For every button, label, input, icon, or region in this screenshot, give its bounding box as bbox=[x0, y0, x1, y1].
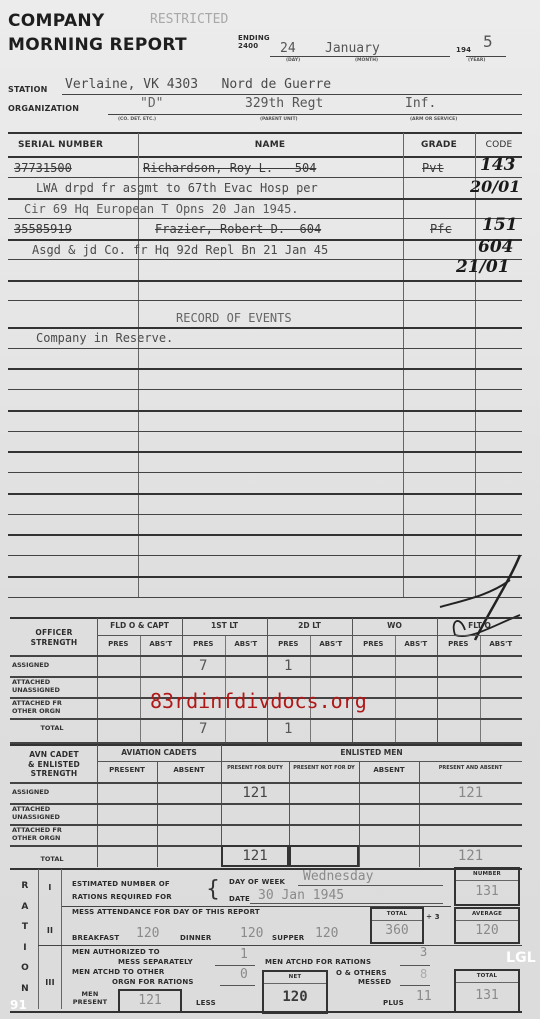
men-present-label-2: PRESENT bbox=[64, 998, 116, 1006]
officer-row-label: ATTACHED FROTHER ORGN bbox=[12, 699, 92, 715]
ration-total-box: TOTAL 131 bbox=[454, 969, 520, 1013]
roster-rule bbox=[8, 451, 522, 453]
date-underline bbox=[270, 56, 450, 57]
enlisted-row-label: ASSIGNED bbox=[12, 788, 92, 796]
station-underline bbox=[62, 94, 522, 95]
col-code: CODE bbox=[476, 140, 522, 150]
officer-subcol-divider bbox=[140, 635, 141, 744]
breakfast-label: BREAKFAST bbox=[72, 934, 119, 942]
org-parent-unit: 329th Regt bbox=[245, 96, 323, 111]
officer-rule bbox=[97, 635, 522, 636]
enlisted-col-divider bbox=[157, 761, 158, 867]
year-caption: (YEAR) bbox=[468, 58, 485, 63]
officer-group-header: FLT O bbox=[437, 621, 522, 630]
officer-cell-value: 1 bbox=[267, 721, 310, 737]
enlisted-col-header: ABSENT bbox=[157, 767, 221, 774]
plus-value: 11 bbox=[416, 989, 432, 1004]
roster-rule bbox=[8, 410, 522, 412]
day-of-week-value: Wednesday bbox=[303, 869, 373, 884]
enlisted-row-label: ATTACHED FROTHER ORGN bbox=[12, 826, 92, 842]
officer-row-label: ASSIGNED bbox=[12, 661, 92, 669]
watermark-text: 83rdinfdivdocs.org bbox=[150, 689, 367, 713]
enlisted-row-label-text: OTHER ORGN bbox=[12, 834, 92, 842]
ending-label: ENDING 2400 bbox=[238, 34, 270, 50]
enlisted-row-label: ATTACHEDUNASSIGNED bbox=[12, 805, 92, 821]
men-present-label: MEN PRESENT bbox=[64, 990, 116, 1006]
roster-divider-grade bbox=[403, 133, 404, 598]
enlisted-cell-value: 121 bbox=[221, 785, 289, 801]
roster-divider-code bbox=[475, 133, 476, 598]
officer-row-label: ATTACHEDUNASSIGNED bbox=[12, 678, 92, 694]
roster-rule bbox=[8, 177, 522, 178]
year-underline bbox=[466, 56, 506, 57]
officer-label-line2: STRENGTH bbox=[10, 638, 98, 648]
enlisted-col-header: PRESENT bbox=[97, 767, 157, 774]
officer-strength-label: OFFICER STRENGTH bbox=[10, 628, 98, 648]
section-I-numeral: I bbox=[40, 883, 60, 892]
enlisted-men-header: ENLISTED MEN bbox=[221, 748, 522, 757]
enlisted-strength-label: AVN CADET & ENLISTED STRENGTH bbox=[10, 750, 98, 779]
entry1-code: 143 bbox=[480, 155, 516, 175]
enlisted-col-header: PRESENT FOR DUTY bbox=[221, 765, 289, 772]
roster-rule bbox=[8, 514, 522, 515]
rations-side-label: RATION bbox=[14, 876, 36, 999]
enlisted-label-line3: STRENGTH bbox=[10, 769, 98, 779]
mess-total-box: TOTAL 360 bbox=[370, 907, 424, 944]
entry2-code3: 21/01 bbox=[456, 257, 510, 277]
enlisted-row-label-text: ASSIGNED bbox=[12, 788, 92, 796]
officer-subcol-header: PRES bbox=[352, 640, 395, 648]
officer-row-rule bbox=[10, 655, 522, 657]
breakfast-value: 120 bbox=[136, 926, 159, 941]
officer-subcol-header: PRES bbox=[267, 640, 310, 648]
enlisted-col-divider bbox=[97, 745, 98, 867]
ending-time-text: 2400 bbox=[238, 42, 270, 50]
entry2-remark1: Asgd & jd Co. fr Hq 92d Repl Bn 21 Jan 4… bbox=[32, 243, 328, 257]
roster-rule bbox=[8, 389, 522, 390]
atchd-other-value: 0 bbox=[240, 967, 248, 982]
officer-subcol-header: PRES bbox=[97, 640, 140, 648]
year-prefix: 194 bbox=[456, 46, 471, 54]
entry1-remark2: Cir 69 Hq European T Opns 20 Jan 1945. bbox=[24, 202, 299, 216]
officer-group-divider bbox=[352, 618, 353, 744]
enlisted-col-header: PRESENT AND ABSENT bbox=[419, 765, 522, 772]
officer-row-label-text: UNASSIGNED bbox=[12, 686, 92, 694]
corner-mark-right-tab: LGL bbox=[506, 950, 536, 966]
entry2-code: 151 bbox=[482, 215, 518, 235]
brace-icon: { bbox=[206, 877, 220, 903]
entry1-remark1: LWA drpd fr asgmt to 67th Evac Hosp per bbox=[36, 181, 318, 195]
officer-group-divider bbox=[97, 618, 98, 744]
section-I-label-line2: RATIONS REQUIRED FOR bbox=[72, 891, 172, 904]
roster-top-rule bbox=[8, 132, 522, 134]
atchd-rations-underline bbox=[400, 965, 430, 966]
form-title-line1: COMPANY bbox=[8, 12, 105, 31]
men-present-value: 121 bbox=[120, 991, 180, 1011]
org-arm: Inf. bbox=[405, 96, 436, 111]
col-serial-number: SERIAL NUMBER bbox=[18, 140, 103, 150]
caption-parent: (PARENT UNIT) bbox=[260, 117, 298, 122]
dinner-label: DINNER bbox=[180, 934, 212, 942]
supper-label: SUPPER bbox=[272, 934, 304, 942]
number-box: NUMBER 131 bbox=[454, 867, 520, 906]
officer-label-line1: OFFICER bbox=[10, 628, 98, 638]
form-title-line2: MORNING REPORT bbox=[8, 36, 187, 55]
rations-top-rule bbox=[10, 868, 522, 870]
enlisted-rule bbox=[97, 761, 522, 762]
report-month: January bbox=[325, 41, 380, 56]
ending-label-text: ENDING bbox=[238, 34, 270, 42]
rations-side-divider bbox=[38, 869, 39, 1009]
officer-row-label: TOTAL bbox=[12, 724, 92, 732]
roster-rule bbox=[8, 218, 522, 219]
enlisted-row-label: TOTAL bbox=[12, 855, 92, 863]
morning-report-document: COMPANY MORNING REPORT RESTRICTED ENDING… bbox=[0, 0, 540, 1019]
ration-side-letter: T bbox=[14, 917, 36, 938]
entry2-code2: 604 bbox=[478, 237, 514, 257]
date-underline bbox=[250, 903, 443, 904]
classification-stamp: RESTRICTED bbox=[150, 12, 228, 27]
roster-rule bbox=[8, 198, 522, 200]
officer-group-header: WO bbox=[352, 621, 437, 630]
day-caption: (DAY) bbox=[286, 58, 300, 63]
divide-by-three: ÷ 3 bbox=[424, 912, 442, 922]
station-value: Verlaine, VK 4303 Nord de Guerre bbox=[65, 77, 331, 92]
officer-subcol-header: ABS'T bbox=[480, 640, 523, 648]
atchd-other-underline bbox=[220, 985, 255, 986]
caption-company: (CO. DET. ETC.) bbox=[118, 117, 156, 122]
date-value: 30 Jan 1945 bbox=[258, 888, 344, 903]
roster-rule bbox=[8, 534, 522, 536]
bottom-rule bbox=[10, 1011, 522, 1013]
officer-group-header: FLD O & CAPT bbox=[97, 621, 182, 630]
others-label-2: MESSED bbox=[358, 978, 391, 986]
enlisted-cell-value: 121 bbox=[419, 785, 522, 801]
others-value: 8 bbox=[420, 967, 427, 981]
enlisted-strength-grid: AVIATION CADETSENLISTED MENPRESENTABSENT… bbox=[97, 745, 522, 867]
ration-side-letter: R bbox=[14, 876, 36, 897]
others-label-1: O & OTHERS bbox=[336, 969, 387, 977]
ration-side-letter: A bbox=[14, 897, 36, 918]
net-label: NET bbox=[264, 972, 326, 984]
atchd-rations-value: 3 bbox=[420, 945, 427, 959]
average-label: AVERAGE bbox=[456, 909, 518, 921]
officer-subcol-header: PRES bbox=[182, 640, 225, 648]
roster-rule bbox=[8, 368, 522, 370]
roster-header-rule bbox=[8, 156, 522, 158]
officer-subcol-divider bbox=[395, 635, 396, 744]
officer-row-label-text: ATTACHED bbox=[12, 678, 92, 686]
officer-subcol-header: ABS'T bbox=[140, 640, 183, 648]
enlisted-col-header: ABSENT bbox=[359, 767, 419, 774]
roster-rule bbox=[8, 300, 522, 301]
roster-rule bbox=[8, 280, 522, 282]
officer-cell-value: 7 bbox=[182, 658, 225, 674]
entry1-code2: 20/01 bbox=[470, 177, 520, 196]
officer-group-header: 1ST LT bbox=[182, 621, 267, 630]
caption-arm: (ARM OR SERVICE) bbox=[410, 117, 457, 122]
entry1-grade: Pvt bbox=[422, 161, 444, 175]
auth-label-1: MEN AUTHORIZED TO bbox=[72, 948, 160, 956]
atchd-rations-label: MEN ATCHD FOR RATIONS bbox=[265, 958, 371, 966]
enlisted-row-label-text: TOTAL bbox=[12, 855, 92, 863]
roster-rule bbox=[8, 493, 522, 495]
ration-side-letter: I bbox=[14, 938, 36, 959]
officer-strength-grid: FLD O & CAPT1ST LT2D LTWOFLT OPRESABS'TP… bbox=[97, 618, 522, 744]
ration-side-letter: N bbox=[14, 979, 36, 1000]
roster-rule bbox=[8, 259, 522, 260]
officer-subcol-header: ABS'T bbox=[225, 640, 268, 648]
officer-row-label-text: TOTAL bbox=[12, 724, 92, 732]
col-name: NAME bbox=[140, 140, 400, 150]
total-not-for-duty-box bbox=[287, 845, 359, 867]
section-rule bbox=[38, 945, 522, 946]
officer-cell-value: 7 bbox=[182, 721, 225, 737]
record-of-events-heading: RECORD OF EVENTS bbox=[176, 311, 292, 325]
auth-value: 1 bbox=[240, 947, 248, 962]
total-present-box bbox=[221, 845, 291, 867]
section-I-label-line1: ESTIMATED NUMBER OF bbox=[72, 878, 172, 891]
enlisted-row-label-text: ATTACHED FR bbox=[12, 826, 92, 834]
average-value: 120 bbox=[456, 921, 518, 941]
ration-total-label: TOTAL bbox=[456, 971, 518, 983]
dinner-value: 120 bbox=[240, 926, 263, 941]
report-day: 24 bbox=[280, 41, 296, 56]
officer-subcol-header: ABS'T bbox=[310, 640, 353, 648]
section-I-label: ESTIMATED NUMBER OF RATIONS REQUIRED FOR bbox=[72, 878, 172, 904]
rations-numeral-divider bbox=[61, 869, 62, 1009]
enlisted-row-rule bbox=[10, 782, 522, 784]
ration-side-letter: O bbox=[14, 958, 36, 979]
enlisted-col-header: PRESENT NOT FOR DY bbox=[289, 765, 359, 772]
atchd-other-label-1: MEN ATCHD TO OTHER bbox=[72, 968, 164, 976]
section-II-numeral: II bbox=[40, 926, 60, 935]
day-underline bbox=[298, 885, 443, 886]
organization-underline bbox=[108, 114, 522, 115]
supper-value: 120 bbox=[315, 926, 338, 941]
date-label: DATE bbox=[229, 895, 250, 903]
officer-subcol-divider bbox=[480, 635, 481, 744]
record-of-events-text: Company in Reserve. bbox=[36, 331, 173, 345]
men-present-label-1: MEN bbox=[64, 990, 116, 998]
auth-label-2: MESS SEPARATELY bbox=[118, 958, 193, 966]
col-grade: GRADE bbox=[404, 140, 474, 150]
less-label: LESS bbox=[196, 999, 216, 1007]
roster-rule bbox=[8, 472, 522, 473]
average-box: AVERAGE 120 bbox=[454, 907, 520, 944]
roster-rule bbox=[8, 431, 522, 432]
number-value: 131 bbox=[456, 881, 518, 903]
report-year-digit: 5 bbox=[483, 32, 493, 51]
section-III-numeral: III bbox=[40, 978, 60, 987]
officer-cell-value: 1 bbox=[267, 658, 310, 674]
auth-underline bbox=[215, 965, 255, 966]
officer-group-divider bbox=[437, 618, 438, 744]
officer-subcol-header: PRES bbox=[437, 640, 480, 648]
ration-total-value: 131 bbox=[456, 983, 518, 1009]
roster-rule bbox=[8, 327, 522, 329]
enlisted-label-line2: & ENLISTED bbox=[10, 760, 98, 770]
mess-total-value: 360 bbox=[372, 921, 422, 941]
roster-rule bbox=[8, 239, 522, 241]
entry2-grade: Pfc bbox=[430, 222, 452, 236]
entry1-serial: 37731500 bbox=[14, 161, 72, 175]
net-value: 120 bbox=[264, 984, 326, 1010]
mess-total-label: TOTAL bbox=[372, 909, 422, 921]
enlisted-cell-value: 121 bbox=[419, 848, 522, 864]
month-caption: (MONTH) bbox=[355, 58, 378, 63]
officer-row-label-text: OTHER ORGN bbox=[12, 707, 92, 715]
aviation-cadets-header: AVIATION CADETS bbox=[97, 748, 221, 757]
entry1-name: Richardson, Roy L. 504 bbox=[143, 161, 316, 175]
men-present-box: 121 bbox=[118, 989, 182, 1013]
others-underline bbox=[400, 985, 430, 986]
organization-label: ORGANIZATION bbox=[8, 104, 79, 113]
org-company: "D" bbox=[140, 96, 163, 111]
entry2-serial: 35585919 bbox=[14, 222, 72, 236]
officer-row-label-text: ATTACHED FR bbox=[12, 699, 92, 707]
enlisted-col-divider bbox=[359, 761, 360, 867]
officer-row-label-text: ASSIGNED bbox=[12, 661, 92, 669]
corner-mark-bottom-left: 91 bbox=[10, 998, 27, 1012]
number-label: NUMBER bbox=[456, 869, 518, 881]
atchd-other-label-2: ORGN FOR RATIONS bbox=[112, 978, 194, 986]
plus-label: PLUS bbox=[383, 999, 404, 1007]
officer-group-header: 2D LT bbox=[267, 621, 352, 630]
enlisted-row-label-text: ATTACHED bbox=[12, 805, 92, 813]
enlisted-row-label-text: UNASSIGNED bbox=[12, 813, 92, 821]
station-label: STATION bbox=[8, 85, 48, 94]
day-of-week-label: DAY OF WEEK bbox=[229, 878, 285, 886]
officer-subcol-header: ABS'T bbox=[395, 640, 438, 648]
mess-attendance-heading: MESS ATTENDANCE FOR DAY OF THIS REPORT bbox=[72, 908, 260, 916]
enlisted-label-line1: AVN CADET bbox=[10, 750, 98, 760]
entry2-name: Frazier, Robert D. 604 bbox=[155, 222, 321, 236]
net-box: NET 120 bbox=[262, 970, 328, 1014]
officer-row-rule bbox=[10, 718, 522, 720]
roster-rule bbox=[8, 348, 522, 349]
